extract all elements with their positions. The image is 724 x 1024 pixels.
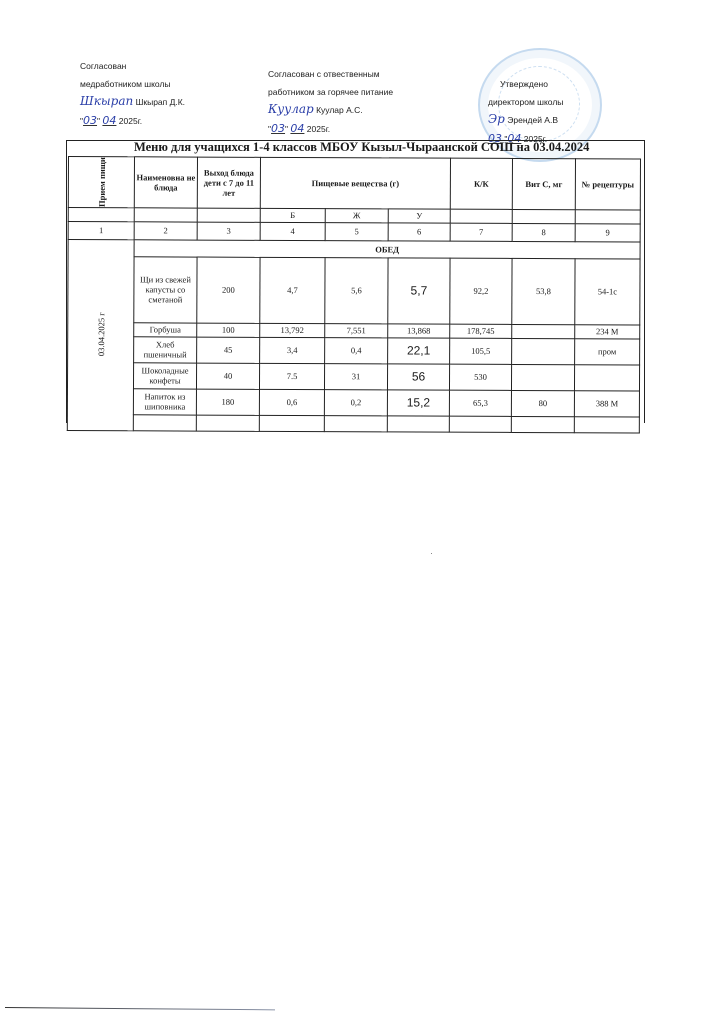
empty-cell — [512, 209, 575, 223]
recipe: 234 М — [575, 325, 640, 339]
page-title: Меню для учащихся 1-4 классов МБОУ Кызыл… — [134, 140, 614, 155]
vitc — [512, 324, 575, 338]
scan-speck — [431, 553, 432, 554]
approval-line2: работником за горячее питание — [268, 84, 393, 102]
approval-line2: директором школы — [488, 94, 563, 112]
approval-signature-line: Шкырап Шкырап Д.К. — [80, 93, 185, 112]
empty-cell — [68, 207, 134, 221]
kcal: 92,2 — [450, 258, 512, 324]
carbs: 22,1 — [388, 338, 450, 364]
empty-cell — [511, 416, 574, 432]
carbs: 15,2 — [387, 390, 449, 416]
dish-name: Горбуша — [134, 323, 197, 337]
fat: 0,2 — [324, 389, 387, 415]
recipe — [574, 365, 639, 391]
empty-cell — [259, 415, 324, 431]
carbs: 5,7 — [388, 258, 450, 324]
col-num: 9 — [575, 224, 640, 242]
col-num: 5 — [325, 222, 388, 240]
empty-cell — [449, 416, 511, 432]
header-recipe: № рецептуры — [575, 159, 640, 210]
vitc — [511, 364, 574, 390]
empty-cell — [575, 210, 640, 224]
empty-cell — [387, 416, 449, 432]
table-row: Щи из свежей капусты со сметаной 200 4,7… — [68, 256, 640, 324]
section-title: ОБЕД — [134, 240, 640, 259]
approver-name: Куулар А.С. — [316, 105, 363, 115]
footer-line — [5, 1007, 275, 1010]
portion: 100 — [197, 323, 260, 337]
empty-cell — [197, 208, 260, 222]
approval-line1: Согласован с отвественным — [268, 66, 393, 84]
recipe: 54-1с — [575, 259, 640, 325]
empty-cell — [133, 415, 196, 431]
empty-cell — [324, 415, 387, 431]
kcal: 65,3 — [449, 390, 511, 416]
col-num: 4 — [260, 222, 325, 240]
header-u: У — [388, 209, 450, 223]
portion: 200 — [197, 257, 260, 323]
date-year: 2025г. — [119, 116, 142, 126]
approval-line1: Утверждено — [488, 76, 563, 94]
vitc — [512, 338, 575, 364]
empty-cell — [450, 209, 512, 223]
kcal: 178,745 — [450, 324, 512, 338]
recipe: пром — [575, 339, 640, 365]
portion: 180 — [196, 389, 259, 415]
approval-signature-line: Эр Эрендей А.В — [488, 111, 563, 130]
approval-date: "03" 04 2025г. — [268, 120, 393, 139]
approval-director: Утверждено директором школы Эр Эрендей А… — [488, 76, 563, 148]
approver-name: Шкырап Д.К. — [136, 97, 185, 107]
recipe: 388 М — [574, 391, 639, 417]
col-num: 1 — [68, 221, 134, 239]
kcal: 105,5 — [450, 338, 512, 364]
date-day: 03 — [83, 114, 97, 127]
meal-date: 03.04.2025 г — [67, 239, 134, 430]
header-b: Б — [260, 208, 325, 222]
header-nutrients: Пищевые вещества (г) — [260, 157, 450, 209]
header-dish: Наименовна не блюда — [134, 157, 197, 208]
header-meal: Прием пищи — [68, 157, 134, 208]
kcal: 530 — [449, 364, 511, 390]
dish-name: Шоколадные конфеты — [133, 363, 196, 389]
approver-name: Эрендей А.В — [507, 115, 558, 125]
signature: Эр — [488, 112, 505, 126]
signature: Шкырап — [80, 94, 133, 108]
approval-line1: Согласован — [80, 58, 185, 76]
protein: 0,6 — [259, 389, 324, 415]
menu-table: Прием пищи Наименовна не блюда Выход блю… — [67, 156, 641, 433]
carbs: 56 — [387, 364, 449, 390]
vitc: 53,8 — [512, 258, 575, 324]
table-row: Шоколадные конфеты 40 7.5 31 56 530 — [67, 362, 639, 390]
carbs: 13,868 — [388, 324, 450, 338]
vitc: 80 — [511, 390, 574, 416]
dish-name: Хлеб пшеничный — [134, 337, 197, 363]
date-year: 2025г. — [307, 124, 330, 134]
approval-medical: Согласован медработником школы Шкырап Шк… — [80, 58, 185, 130]
empty-cell — [574, 417, 639, 433]
empty-cell — [196, 415, 259, 431]
fat: 31 — [324, 363, 387, 389]
fat: 7,551 — [325, 323, 388, 337]
protein: 3,4 — [260, 337, 325, 363]
date-day: 03 — [271, 122, 285, 135]
table-row: Хлеб пшеничный 45 3,4 0,4 22,1 105,5 про… — [68, 336, 640, 364]
fat: 0,4 — [325, 337, 388, 363]
empty-row — [67, 414, 639, 432]
fat: 5,6 — [325, 257, 388, 323]
col-num: 7 — [450, 223, 512, 241]
date-month: 04 — [290, 122, 304, 135]
portion: 40 — [196, 363, 259, 389]
table-row: Напиток из шиповника 180 0,6 0,2 15,2 65… — [67, 388, 639, 416]
header-zh: Ж — [325, 208, 388, 222]
date-month: 04 — [102, 114, 116, 127]
protein: 4,7 — [260, 257, 325, 323]
signature: Куулар — [268, 102, 314, 116]
empty-cell — [134, 208, 197, 222]
header-portion: Выход блюда дети с 7 до 11 лет — [197, 157, 260, 208]
col-num: 3 — [197, 222, 260, 240]
portion: 45 — [197, 337, 260, 363]
protein: 7.5 — [259, 363, 324, 389]
col-num: 2 — [134, 222, 197, 240]
dish-name: Щи из свежей капусты со сметаной — [134, 257, 197, 323]
header-row: Прием пищи Наименовна не блюда Выход блю… — [68, 157, 640, 210]
header-vitc: Вит С, мг — [512, 158, 575, 209]
approval-catering: Согласован с отвественным работником за … — [268, 66, 393, 138]
dish-name: Напиток из шиповника — [133, 389, 196, 415]
header-kcal: К/К — [450, 158, 512, 209]
col-num: 6 — [388, 223, 450, 241]
approval-signature-line: Куулар Куулар А.С. — [268, 101, 393, 120]
protein: 13,792 — [260, 323, 325, 337]
approval-date: "03" 04 2025г. — [80, 112, 185, 131]
approval-line2: медработником школы — [80, 76, 185, 94]
col-num: 8 — [512, 223, 575, 241]
